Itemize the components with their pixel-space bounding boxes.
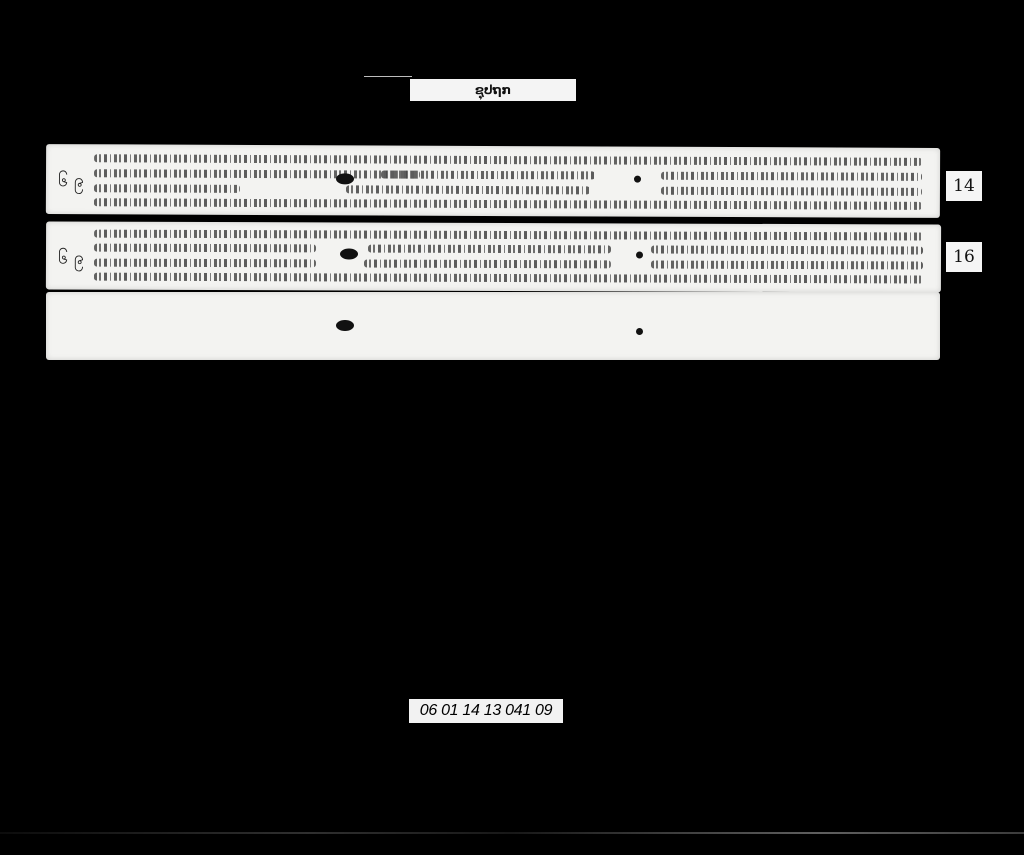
- scanner-edge-strip: [0, 832, 1024, 834]
- text-line-3a: [94, 259, 316, 268]
- binding-hole: [340, 248, 358, 259]
- text-line-3a: [94, 184, 240, 193]
- binding-hole: [634, 176, 641, 183]
- text-line-3c: [661, 187, 922, 196]
- text-line-2b: [368, 245, 611, 254]
- text-line-3b: [346, 185, 590, 194]
- palm-leaf-3-blank: [46, 292, 940, 360]
- text-line-2b: [381, 171, 595, 180]
- binding-hole: [636, 328, 643, 335]
- title-rule: [364, 76, 412, 77]
- text-line-3c: [651, 261, 923, 270]
- page-number-label: 16: [946, 242, 982, 272]
- palm-leaf-1: ၆ ၉: [46, 144, 940, 218]
- text-line-2a: [94, 169, 420, 178]
- text-line-4: [94, 198, 922, 210]
- catalog-number-label: 06 01 14 13 041 09: [409, 699, 563, 723]
- binding-hole: [636, 251, 643, 258]
- text-line-3b: [364, 260, 611, 269]
- text-line-2c: [651, 246, 923, 255]
- text-line-1: [94, 154, 922, 166]
- palm-leaf-2: ၆ ၉: [46, 221, 941, 292]
- text-line-4: [94, 273, 923, 284]
- text-line-2a: [94, 244, 316, 253]
- binding-hole: [336, 173, 354, 184]
- text-line-2c: [661, 172, 922, 181]
- page-number-label: 14: [946, 171, 982, 201]
- manuscript-title-label: ຊຸປຖກ: [410, 79, 576, 101]
- leaf-margin-numeral: ၆ ၉: [58, 245, 84, 272]
- text-line-1: [94, 230, 923, 241]
- binding-hole: [336, 320, 354, 331]
- leaf-margin-numeral: ၆ ၉: [58, 168, 84, 195]
